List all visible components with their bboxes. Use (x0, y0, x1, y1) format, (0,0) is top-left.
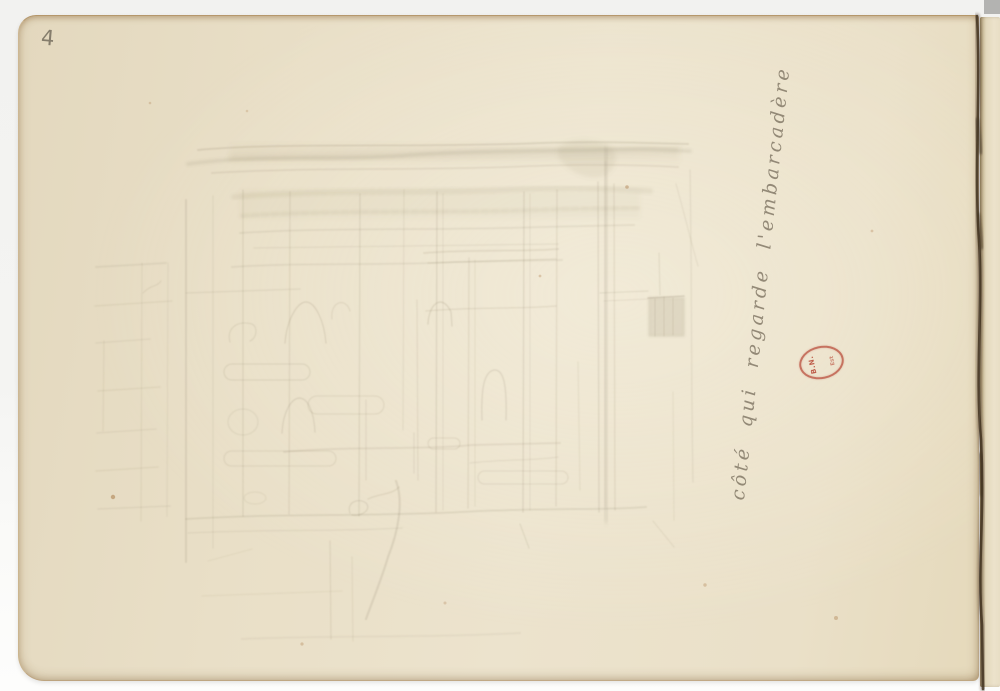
adjacent-page-edge (980, 17, 1000, 687)
scanned-sketchbook-spread: 4 côté qui regarde l'embarcadère B.N. Es… (0, 0, 1000, 691)
scan-bed-corner (984, 0, 1000, 14)
page-number: 4 (40, 27, 55, 49)
